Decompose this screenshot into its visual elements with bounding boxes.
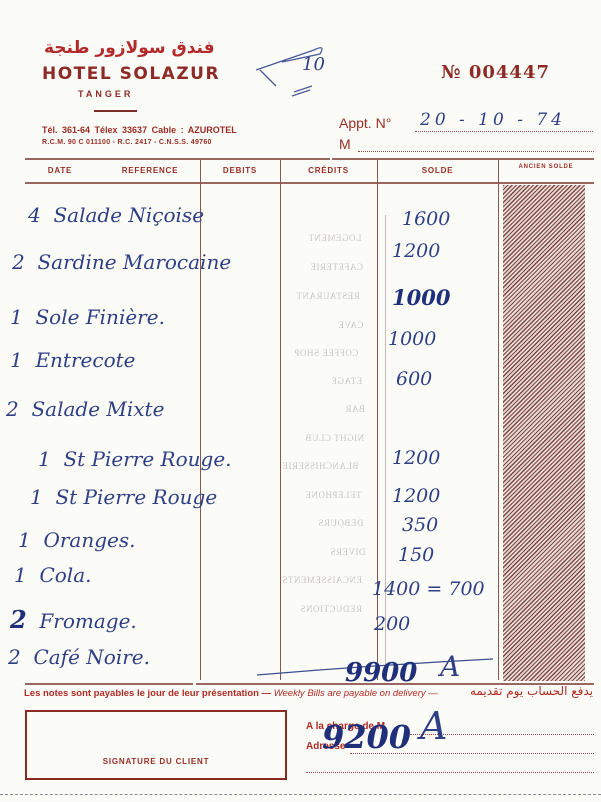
- payment-notice-ar: يدفع الحساب يوم تقديمه: [470, 684, 593, 698]
- col-divider-1: [200, 160, 201, 680]
- item-description: Salade Mixte: [31, 397, 164, 421]
- item-description: Salade Niçoise: [53, 203, 204, 227]
- col-header-reference: REFERENCE: [100, 166, 200, 175]
- bill-number: № 004447: [441, 62, 550, 83]
- amount: 1000: [392, 285, 450, 310]
- item-description: Entrecote: [35, 348, 135, 372]
- ghost-label: CAVE: [338, 320, 363, 330]
- item-description: Sole Finière.: [35, 305, 164, 329]
- col-divider-2: [280, 160, 281, 680]
- line-item: 2 Salade Mixte: [6, 397, 164, 421]
- handwritten-signature: A: [420, 704, 447, 748]
- amount: 150: [398, 544, 434, 566]
- item-qty: 1: [30, 485, 43, 509]
- ghost-label: CAFETERIE: [310, 262, 363, 272]
- item-qty: 1: [10, 305, 23, 329]
- ghost-label: TELEPHONE: [305, 490, 362, 500]
- bill-number-value: 004447: [469, 62, 550, 83]
- amount: 1400 = 700: [372, 578, 485, 600]
- line-item: 4 Salade Niçoise: [28, 203, 204, 227]
- address-dotted-line-2[interactable]: [306, 771, 594, 773]
- item-description: Café Noire.: [33, 645, 150, 669]
- item-qty: 2: [8, 645, 21, 669]
- ancien-solde-hatched-area: [503, 185, 585, 681]
- item-qty: 1: [10, 348, 23, 372]
- appt-label: Appt. N°: [339, 115, 391, 131]
- col-header-credits: CRÉDITS: [280, 166, 377, 175]
- ghost-label: NIGHT CLUB: [305, 433, 364, 443]
- city-underline: [94, 110, 137, 112]
- item-description: Cola.: [39, 563, 91, 587]
- col-header-solde: SOLDE: [377, 166, 498, 175]
- item-qty: 2: [12, 250, 25, 274]
- hotel-city: TANGER: [78, 89, 133, 99]
- ghost-label: DIVERS: [330, 547, 366, 557]
- contact-line: Tél. 361-64 Télex 33637 Cable : AZUROTEL: [42, 125, 237, 135]
- payment-notice-fr: Les notes sont payables le jour de leur …: [24, 688, 271, 699]
- amount: 600: [396, 368, 432, 390]
- item-description: Fromage.: [39, 609, 136, 633]
- line-item: 1 St Pierre Rouge.: [38, 447, 232, 471]
- amount: 1600: [402, 208, 450, 230]
- line-item: 1 Sole Finière.: [10, 305, 165, 329]
- item-qty: 1: [14, 563, 27, 587]
- amount: 1000: [388, 328, 436, 350]
- line-item: 1 St Pierre Rouge: [30, 485, 217, 509]
- ghost-label: ENCAISSEMENTS: [282, 575, 362, 585]
- col-divider-3: [377, 160, 378, 680]
- hotel-arabic-name: فندق سولازور طنجة: [44, 38, 215, 58]
- payment-notice: Les notes sont payables le jour de leur …: [24, 688, 438, 699]
- ghost-label: RESTAURANT: [296, 291, 360, 301]
- table-top-rule-left: [25, 158, 330, 160]
- item-qty: 2: [10, 605, 27, 634]
- item-qty: 2: [6, 397, 19, 421]
- appt-value[interactable]: 20 - 10 - 74: [420, 110, 566, 130]
- signature-label: SIGNATURE DU CLIENT: [25, 757, 287, 766]
- ghost-label: DEBOURS: [318, 518, 364, 528]
- item-qty: 1: [18, 528, 31, 552]
- amount: 1200: [392, 240, 440, 262]
- col-header-date: DATE: [25, 166, 95, 175]
- line-item: 2 Fromage.: [10, 605, 137, 634]
- table-header-rule: [25, 182, 594, 184]
- perforation-line: [0, 793, 601, 795]
- handwritten-total: 9200: [322, 718, 411, 756]
- col-header-ancien-solde: ANCIEN SOLDE: [498, 163, 594, 172]
- hotel-name: HOTEL SOLAZUR: [42, 64, 220, 84]
- bill-number-label: №: [441, 62, 462, 83]
- table-top-rule-right: [332, 158, 594, 160]
- item-description: St Pierre Rouge.: [63, 447, 231, 471]
- item-description: Oranges.: [43, 528, 135, 552]
- line-item: 2 Sardine Marocaine: [12, 250, 231, 274]
- amount: 200: [374, 613, 410, 635]
- payment-notice-en: Weekly Bills are payable on delivery —: [274, 688, 438, 699]
- signature-box[interactable]: [25, 710, 287, 780]
- m-label: M: [339, 136, 351, 152]
- amount: 350: [402, 514, 438, 536]
- top-annotation-number: 10: [302, 54, 325, 75]
- total-initials: A: [440, 650, 460, 683]
- line-item: 1 Entrecote: [10, 348, 135, 372]
- ghost-label: ETAGE: [331, 376, 362, 386]
- amount: 1200: [392, 447, 440, 469]
- ghost-label: COFFEE SHOP: [294, 348, 358, 358]
- col-divider-4: [498, 160, 499, 680]
- m-dotted-line[interactable]: [358, 150, 594, 152]
- ghost-label: REDUCTIONS: [300, 604, 362, 614]
- appt-dotted-line: [415, 130, 593, 132]
- table-bottom-rule-left: [25, 683, 193, 685]
- line-item: 1 Oranges.: [18, 528, 135, 552]
- line-item: 1 Cola.: [14, 563, 91, 587]
- item-qty: 1: [38, 447, 51, 471]
- ghost-label: LOGEMENT: [308, 233, 362, 243]
- line-item: 2 Café Noire.: [8, 645, 150, 669]
- col-header-debits: DEBITS: [200, 166, 280, 175]
- ghost-label: BAR: [345, 404, 365, 414]
- top-annotation: 10: [252, 40, 332, 100]
- amount: 1200: [392, 485, 440, 507]
- item-qty: 4: [28, 203, 41, 227]
- item-description: Sardine Marocaine: [37, 250, 231, 274]
- ghost-label: BLANCHISSERIE: [282, 461, 359, 471]
- registration-line: R.C.M. 90 C 011100 - R.C. 2417 - C.N.S.S…: [42, 139, 212, 146]
- item-description: St Pierre Rouge: [55, 485, 217, 509]
